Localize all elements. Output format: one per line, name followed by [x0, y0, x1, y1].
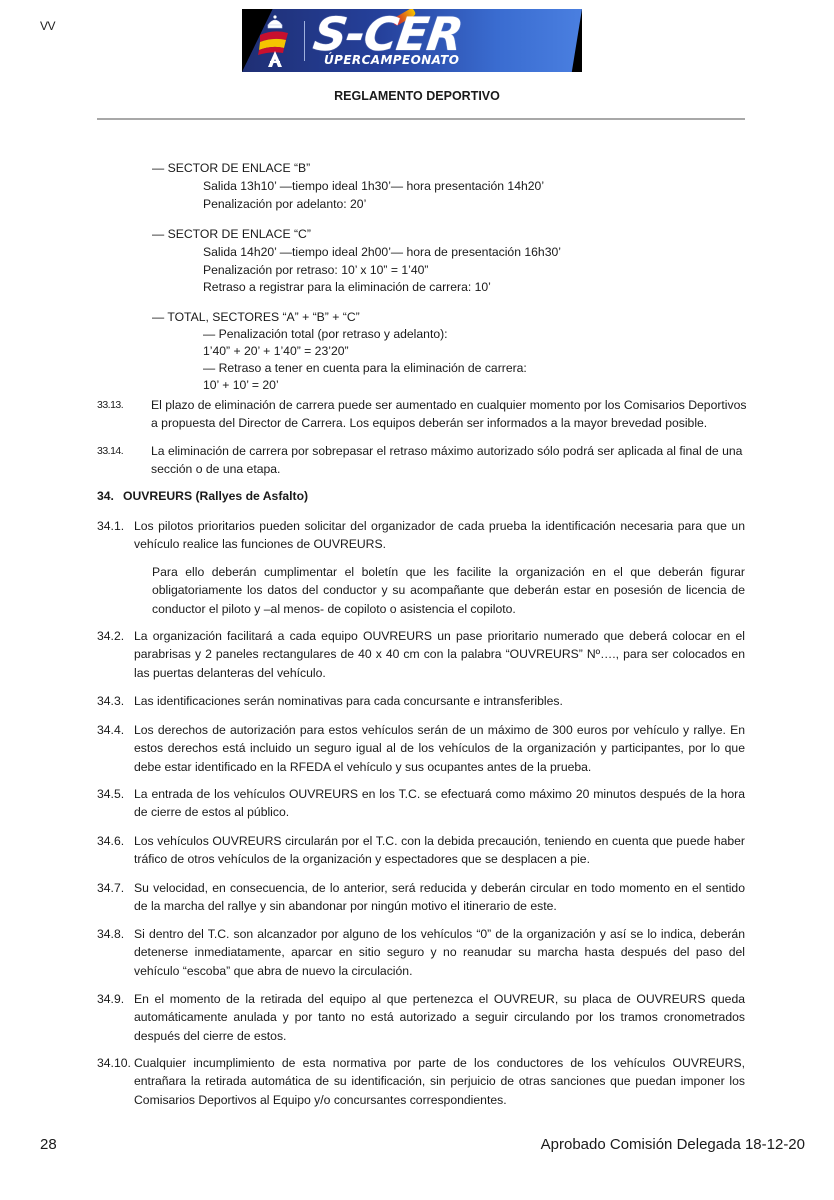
article-text: Las identificaciones serán nominativas p…	[134, 692, 745, 710]
section-title: OUVREURS (Rallyes de Asfalto)	[123, 489, 308, 503]
sector-line: 10’ + 10’ = 20’	[203, 376, 279, 394]
sector-line: Salida 14h20’ —tiempo ideal 2h00’— hora …	[203, 243, 561, 261]
article-text: Su velocidad, en consecuencia, de lo ant…	[134, 879, 745, 916]
article-number: 34.8.	[97, 925, 124, 943]
sector-line: Penalización por adelanto: 20’	[203, 195, 366, 213]
sector-heading: — SECTOR DE ENLACE “C”	[152, 225, 311, 243]
document-title: REGLAMENTO DEPORTIVO	[0, 89, 834, 103]
article-number: 33.13.	[97, 396, 123, 414]
sector-heading: — TOTAL, SECTORES “A” + “B” + “C”	[152, 308, 360, 326]
article-line: El plazo de eliminación de carrera puede…	[151, 396, 746, 414]
sector-line: — Retraso a tener en cuenta para la elim…	[203, 359, 527, 377]
sector-line: Penalización por retraso: 10’ x 10” = 1’…	[203, 261, 428, 279]
header-divider	[97, 118, 745, 120]
article-line: sección o de una etapa.	[151, 460, 280, 478]
article-number: 34.10.	[97, 1054, 131, 1072]
article-text: Los derechos de autorización para estos …	[134, 721, 745, 776]
article-number: 34.6.	[97, 832, 124, 850]
article-number: 34.5.	[97, 785, 124, 803]
article-number: 34.1.	[97, 517, 124, 535]
article-number: 34.7.	[97, 879, 124, 897]
article-line: La eliminación de carrera por sobrepasar…	[151, 442, 742, 460]
sector-line: 1’40” + 20’ + 1’40” = 23’20”	[203, 342, 349, 360]
approval-note: Aprobado Comisión Delegada 18-12-20	[541, 1136, 805, 1153]
article-text: Los vehículos OUVREURS circularán por el…	[134, 832, 745, 869]
sector-line: Retraso a registrar para la eliminación …	[203, 278, 491, 296]
sector-line: Salida 13h10’ —tiempo ideal 1h30’— hora …	[203, 177, 544, 195]
article-text: Cualquier incumplimiento de esta normati…	[134, 1054, 745, 1109]
article-subtext: Para ello deberán cumplimentar el boletí…	[152, 563, 745, 618]
logo-divider	[304, 21, 305, 61]
sector-heading: — SECTOR DE ENLACE “B”	[152, 159, 310, 177]
article-number: 34.3.	[97, 692, 124, 710]
article-text: En el momento de la retirada del equipo …	[134, 990, 745, 1045]
article-text: La organización facilitará a cada equipo…	[134, 627, 745, 682]
rfeda-crest-icon	[256, 13, 294, 69]
article-text: Si dentro del T.C. son alcanzador por al…	[134, 925, 745, 980]
article-text: Los pilotos prioritarios pueden solicita…	[134, 517, 745, 554]
page-number: 28	[40, 1136, 57, 1153]
article-line: a propuesta del Director de Carrera. Los…	[151, 414, 707, 432]
article-text: La entrada de los vehículos OUVREURS en …	[134, 785, 745, 822]
article-number: 34.9.	[97, 990, 124, 1008]
article-number: 34.2.	[97, 627, 124, 645]
corner-mark: VV	[40, 19, 55, 33]
article-number: 34.4.	[97, 721, 124, 739]
sector-line: — Penalización total (por retraso y adel…	[203, 325, 448, 343]
section-number: 34.	[97, 489, 123, 503]
scer-logo: S-CER ÚPERCAMPEONATO	[242, 9, 582, 72]
article-number: 33.14.	[97, 442, 123, 460]
section-heading: 34.OUVREURS (Rallyes de Asfalto)	[97, 489, 308, 503]
logo-subtitle: ÚPERCAMPEONATO	[324, 53, 459, 67]
